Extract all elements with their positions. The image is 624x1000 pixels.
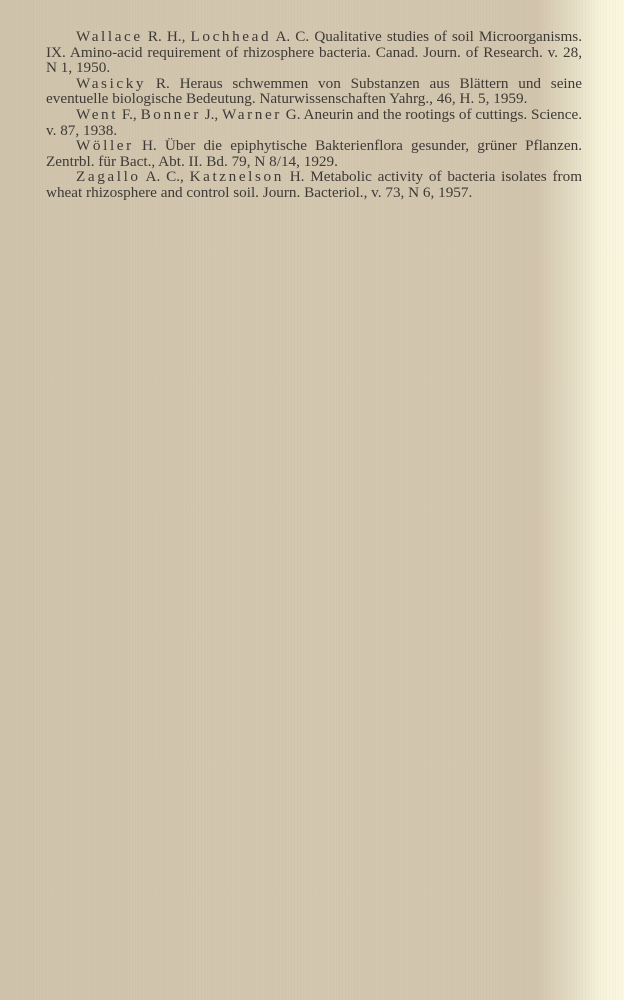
author-surname: Warner [222,106,282,123]
author-surname: Wallace [76,28,143,45]
author-initials: R. H., [148,28,186,45]
reference-entry-woller: Wöller H. Über die epiphytische Bakterie… [46,138,582,169]
author-surname: Katznelson [190,168,284,185]
author-surname: Wöller [76,137,134,154]
author-initials: J., [205,106,219,123]
author-initials: A. C. [275,28,309,45]
reference-entry-went: Went F., Bonner J., Warner G. Aneurin an… [46,107,582,138]
reference-entry-wasicky: Wasicky R. Heraus schwemmen von Substanz… [46,76,582,107]
author-initials: G. [286,106,301,123]
author-initials: R. [156,75,170,92]
reference-list: Wallace R. H., Lochhead A. C. Qualitativ… [46,29,582,201]
author-initials: F., [122,106,137,123]
author-surname: Wasicky [76,75,146,92]
author-surname: Lochhead [191,28,272,45]
author-initials: H. [142,137,157,154]
author-surname: Zagallo [76,168,141,185]
scanned-page: Wallace R. H., Lochhead A. C. Qualitativ… [0,0,624,1000]
reference-entry-wallace: Wallace R. H., Lochhead A. C. Qualitativ… [46,29,582,76]
author-initials: H. [290,168,305,185]
author-initials: A. C., [146,168,184,185]
reference-entry-zagallo: Zagallo A. C., Katznelson H. Metabolic a… [46,169,582,200]
author-surname: Bonner [141,106,201,123]
author-surname: Went [76,106,118,123]
